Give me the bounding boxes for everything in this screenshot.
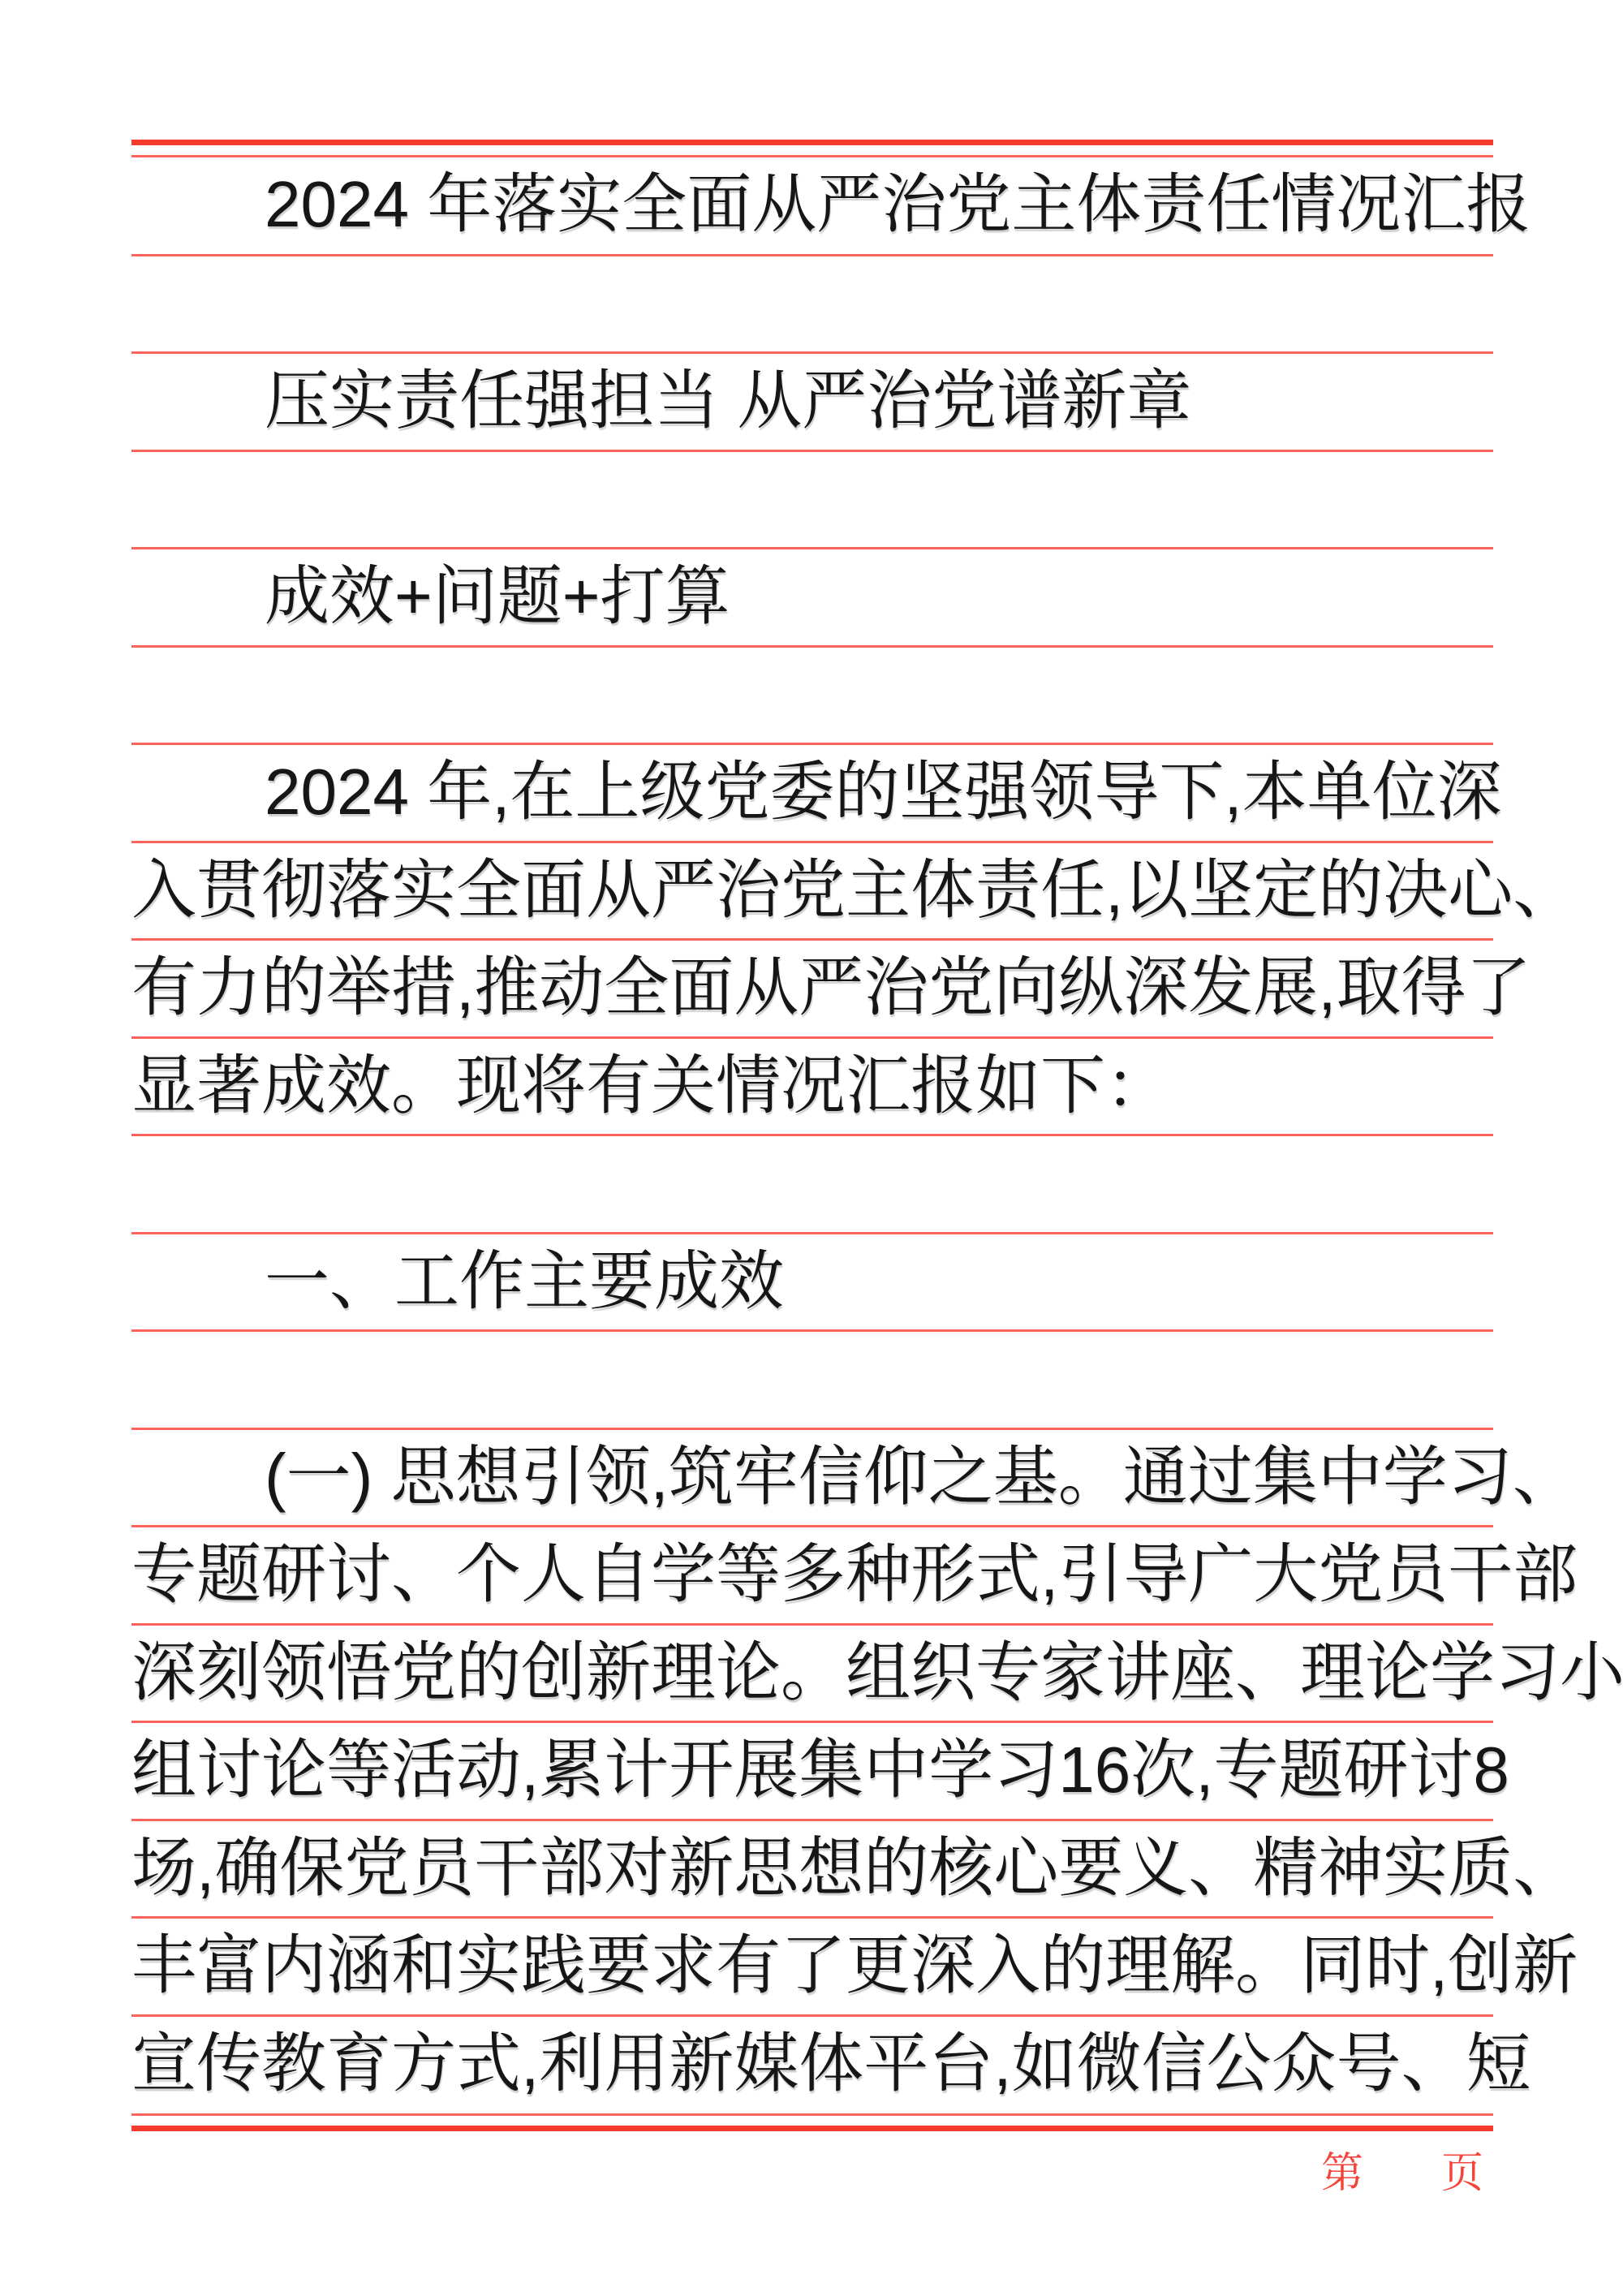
doc-keywords-line: 成效+问题+打算 [265,547,730,645]
section1-para1-line3: 深刻领悟党的创新理论。组织专家讲座、理论学习小 [131,1623,1623,1721]
ruled-line [131,2113,1493,2116]
paragraph1-line4: 显著成效。现将有关情况汇报如下： [131,1036,1170,1135]
doc-subtitle-line: 压实责任强担当 从严治党谱新章 [265,351,1191,450]
footer-page-suffix: 页 [1441,2139,1483,2199]
footer-page-prefix: 第 [1321,2139,1363,2199]
section1-para1-line4: 组讨论等活动,累计开展集中学习16次,专题研讨8 [131,1721,1509,1819]
section1-para1-line2: 专题研讨、个人自学等多种形式,引导广大党员干部 [131,1525,1578,1623]
ruled-line [131,645,1493,648]
ruled-line [131,450,1493,452]
ruled-line [131,254,1493,256]
ruled-line-border [131,2126,1493,2131]
document-page: 2024 年落实全面从严治党主体责任情况汇报 压实责任强担当 从严治党谱新章 成… [0,0,1623,2296]
section1-para1-line7: 宣传教育方式,利用新媒体平台,如微信公众号、短 [131,2014,1530,2113]
doc-title-line: 2024 年落实全面从严治党主体责任情况汇报 [265,155,1530,253]
paragraph1-line1: 2024 年,在上级党委的坚强领导下,本单位深 [265,743,1502,841]
section1-para1-line5: 场,确保党员干部对新思想的核心要义、精神实质、 [131,1819,1578,1917]
paragraph1-line2: 入贯彻落实全面从严治党主体责任,以坚定的决心、 [131,841,1578,939]
section1-heading: 一、工作主要成效 [265,1232,784,1330]
section1-para1-line1: (一) 思想引领,筑牢信仰之基。通过集中学习、 [265,1428,1578,1526]
page-footer: 第 页 [1321,2144,1483,2193]
paragraph1-line3: 有力的举措,推动全面从严治党向纵深发展,取得了 [131,938,1530,1036]
ruled-line-border [131,140,1493,145]
section1-para1-line6: 丰富内涵和实践要求有了更深入的理解。同时,创新 [131,1916,1578,2014]
